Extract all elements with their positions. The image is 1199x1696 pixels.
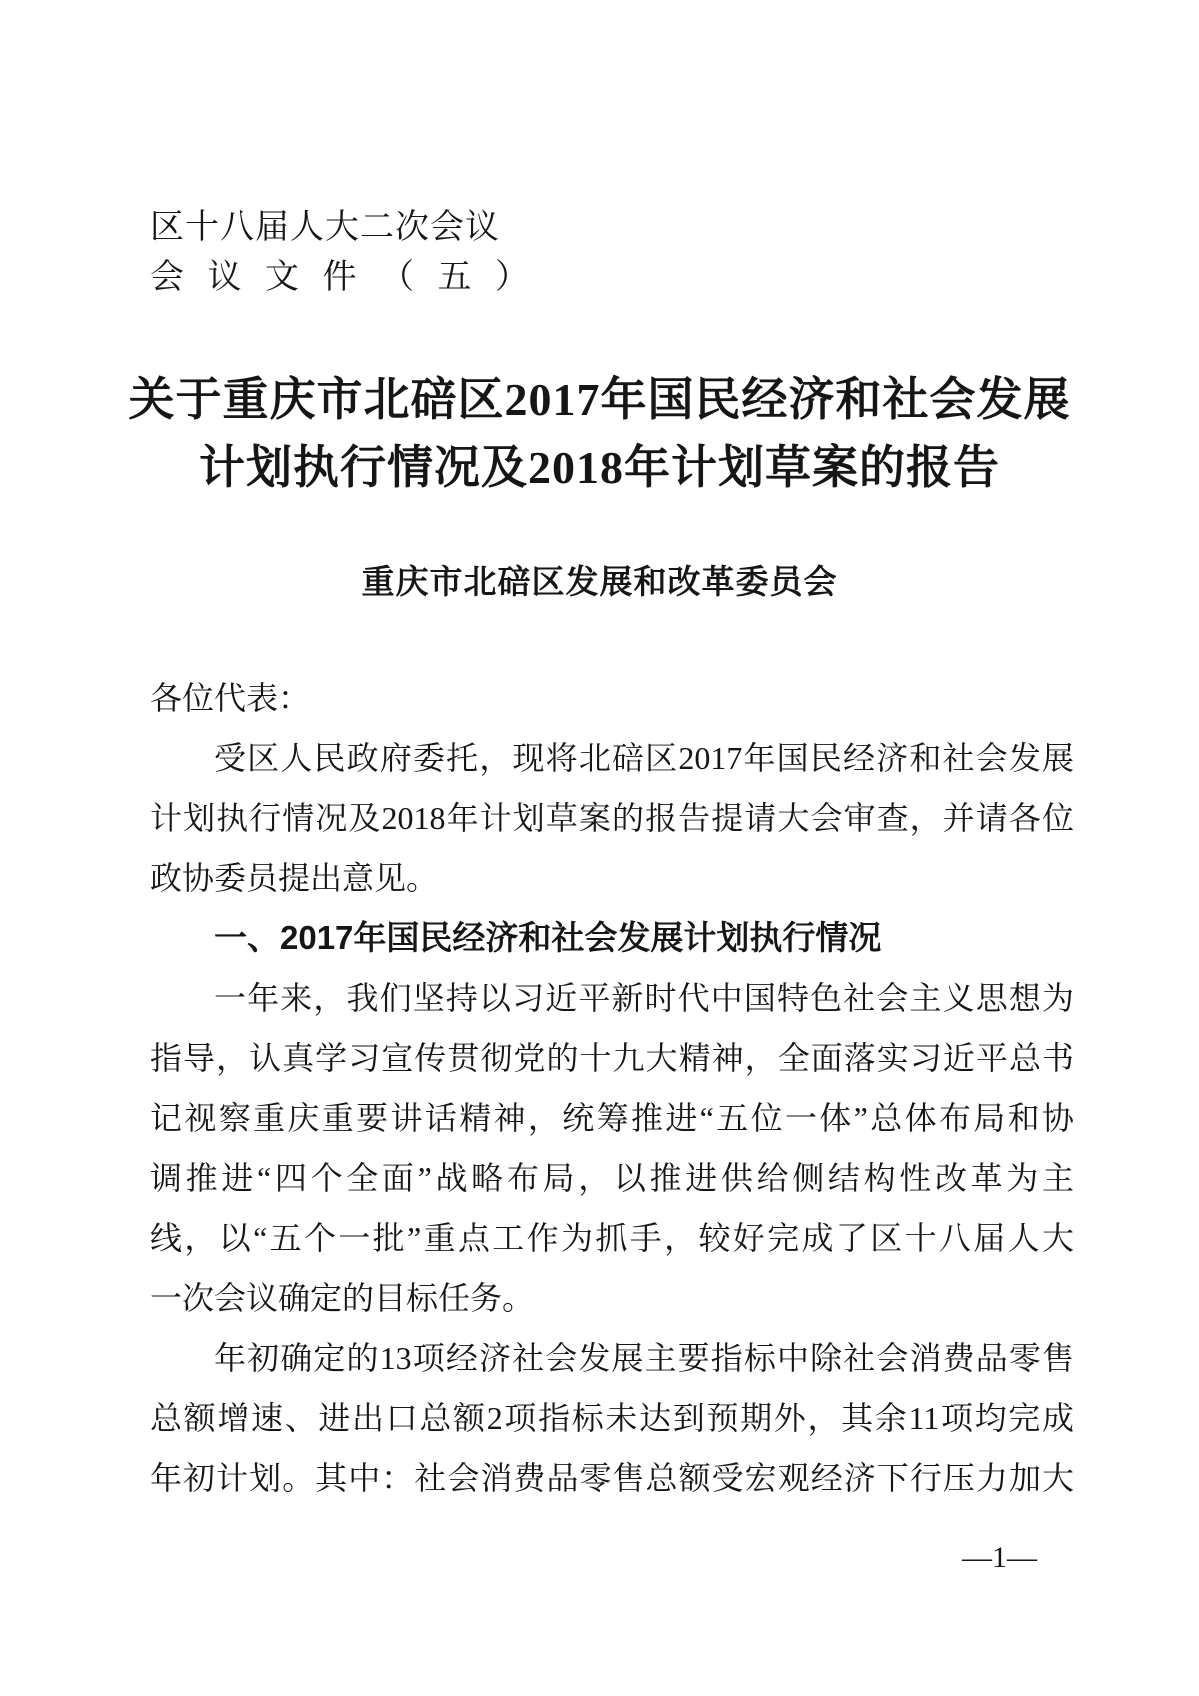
body-line: 一年来，我们坚持以习近平新时代中国特色社会主义思想为 — [150, 968, 1074, 1028]
report-title-line-2: 计划执行情况及2018年计划草案的报告 — [0, 434, 1199, 502]
meeting-header: 区十八届人大二次会议 会 议 文 件 （ 五 ） — [150, 203, 530, 303]
meeting-document-line: 会 议 文 件 （ 五 ） — [150, 253, 530, 303]
body-line: 总额增速、进出口总额2项指标未达到预期外，其余11项均完成 — [150, 1388, 1074, 1448]
body-line: 计划执行情况及2018年计划草案的报告提请大会审查，并请各位 — [150, 788, 1074, 848]
author-committee: 重庆市北碚区发展和改革委员会 — [0, 562, 1199, 604]
document-page: 区十八届人大二次会议 会 议 文 件 （ 五 ） 关于重庆市北碚区2017年国民… — [0, 0, 1199, 1696]
body-line: 受区人民政府委托，现将北碚区2017年国民经济和社会发展 — [150, 728, 1074, 788]
section-heading: 一、2017年国民经济和社会发展计划执行情况 — [150, 908, 1074, 968]
body-line: 线，以“五个一批”重点工作为抓手，较好完成了区十八届人大 — [150, 1208, 1074, 1268]
body-line: 年初计划。其中：社会消费品零售总额受宏观经济下行压力加大 — [150, 1448, 1074, 1508]
salutation: 各位代表： — [150, 668, 1074, 728]
body-line: 指导，认真学习宣传贯彻党的十九大精神，全面落实习近平总书 — [150, 1028, 1074, 1088]
body-line: 一次会议确定的目标任务。 — [150, 1268, 1074, 1328]
body-line: 记视察重庆重要讲话精神，统筹推进“五位一体”总体布局和协 — [150, 1088, 1074, 1148]
report-body: 各位代表： 受区人民政府委托，现将北碚区2017年国民经济和社会发展 计划执行情… — [150, 668, 1074, 1508]
body-line: 年初确定的13项经济社会发展主要指标中除社会消费品零售 — [150, 1328, 1074, 1388]
meeting-session-line: 区十八届人大二次会议 — [150, 203, 530, 253]
body-line: 调推进“四个全面”战略布局，以推进供给侧结构性改革为主 — [150, 1148, 1074, 1208]
report-title: 关于重庆市北碚区2017年国民经济和社会发展 计划执行情况及2018年计划草案的… — [0, 366, 1199, 502]
page-number: —1— — [150, 1536, 1037, 1580]
report-title-line-1: 关于重庆市北碚区2017年国民经济和社会发展 — [0, 366, 1199, 434]
body-line: 政协委员提出意见。 — [150, 848, 1074, 908]
